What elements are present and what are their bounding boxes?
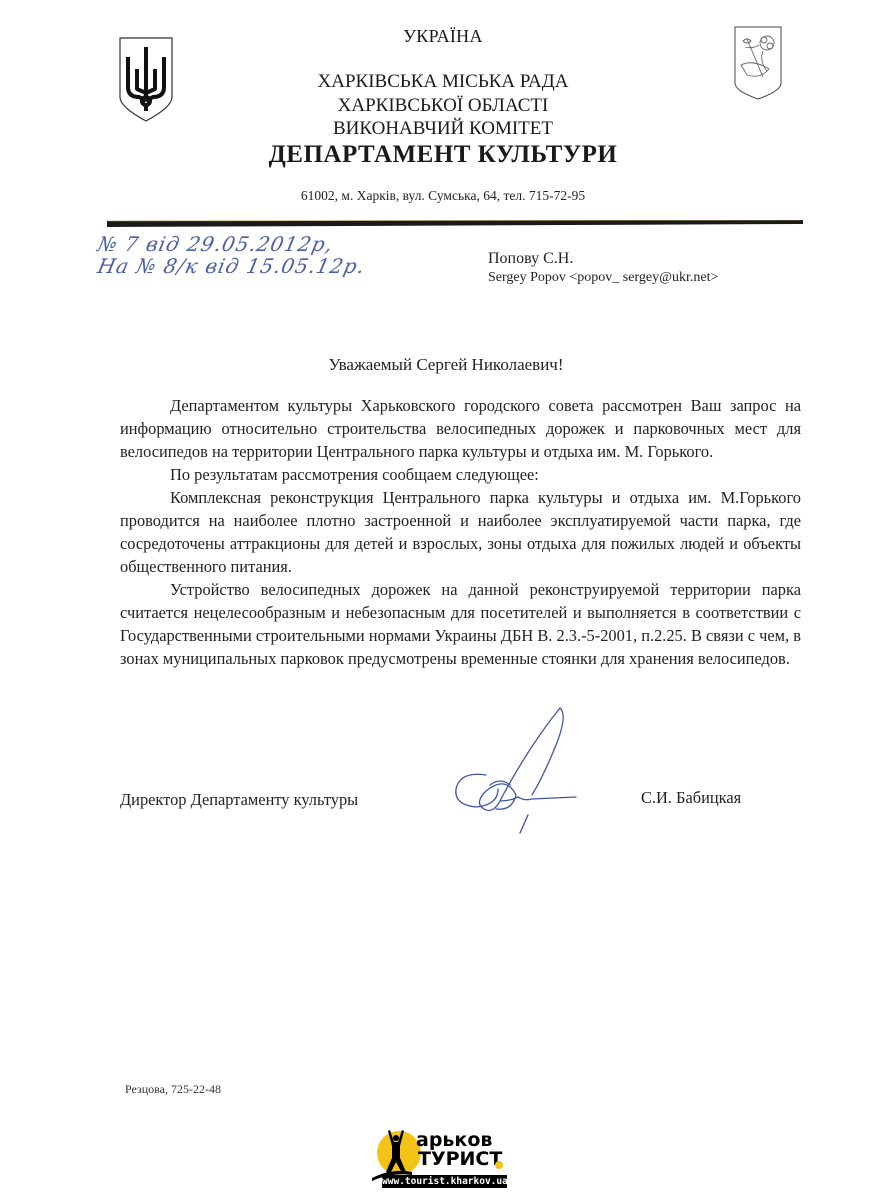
body-paragraph: Устройство велосипедных дорожек на данно…	[120, 578, 801, 670]
header-address: 61002, м. Харків, вул. Сумська, 64, тел.…	[0, 188, 872, 204]
header-executive-committee: ВИКОНАВЧИЙ КОМІТЕТ	[0, 118, 872, 140]
header-divider	[107, 215, 803, 223]
signatory-name: С.И. Бабицкая	[641, 788, 741, 808]
header-oblast: ХАРКІВСЬКОЇ ОБЛАСТІ	[0, 95, 872, 117]
header-city-council: ХАРКІВСЬКА МІСЬКА РАДА	[0, 71, 872, 93]
handwritten-reply-reference: На № 8/к від 15.05.12р.	[95, 254, 367, 278]
header-department: ДЕПАРТАМЕНТ КУЛЬТУРИ	[0, 141, 872, 169]
watermark-title-2: ТУРИСТ	[418, 1149, 502, 1169]
addressee-email: Sergey Popov <popov_ sergey@ukr.net>	[488, 270, 718, 286]
watermark-url: www.tourist.kharkov.ua	[382, 1175, 507, 1188]
watermark-dot	[495, 1161, 503, 1169]
body-paragraph: Комплексная реконструкция Центрального п…	[120, 486, 801, 578]
handwritten-signature	[440, 705, 580, 835]
signatory-title: Директор Департаменту культуры	[120, 790, 358, 810]
body-paragraph: По результатам рассмотрения сообщаем сле…	[120, 463, 801, 486]
watermark-title-1: арьков	[416, 1130, 492, 1150]
addressee-name: Попову С.Н.	[488, 250, 573, 268]
letter-body: Департаментом культуры Харьковского горо…	[120, 394, 801, 670]
header-country: УКРАЇНА	[0, 26, 872, 47]
executor-contact: Резцова, 725-22-48	[125, 1082, 221, 1097]
handwritten-reg-number: № 7 від 29.05.2012р,	[95, 232, 335, 256]
signature-icon	[440, 705, 580, 835]
salutation: Уважаемый Сергей Николаевич!	[0, 355, 872, 375]
body-paragraph: Департаментом культуры Харьковского горо…	[120, 394, 801, 463]
tourist-kharkov-watermark: арьков ТУРИСТ www.tourist.kharkov.ua	[372, 1128, 512, 1198]
